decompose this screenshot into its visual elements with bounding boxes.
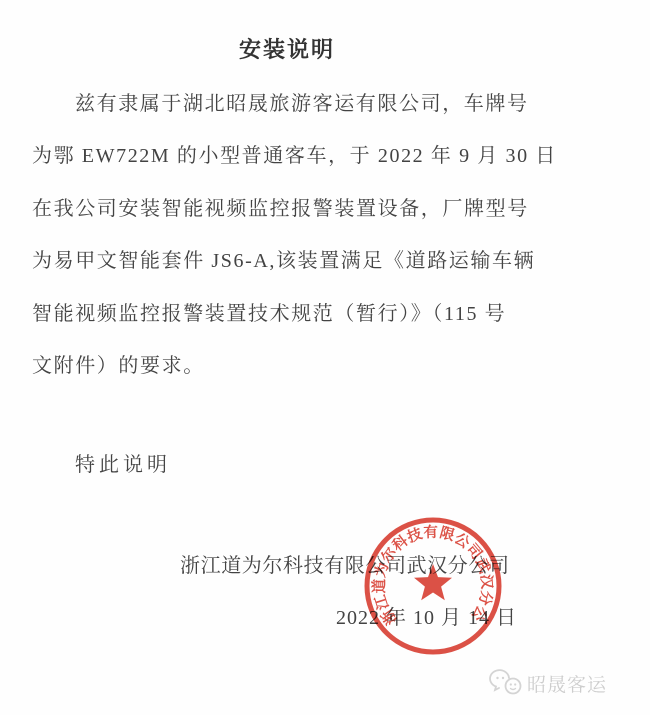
brand-watermark: 昭晟客运 [488, 668, 607, 698]
body-line-4: 为易甲文智能套件 JS6-A,该装置满足《道路运输车辆 [32, 235, 592, 287]
company-seal-stamp: 浙江道为尔科技有限公司武汉分公司 [362, 515, 504, 657]
body-line-1: 兹有隶属于湖北昭晟旅游客运有限公司，车牌号 [32, 78, 592, 130]
body-line-2: 为鄂 EW722M 的小型普通客车，于 2022 年 9 月 30 日 [32, 130, 592, 182]
closing-statement: 特此说明 [75, 448, 171, 477]
document-page: 安装说明 兹有隶属于湖北昭晟旅游客运有限公司，车牌号 为鄂 EW722M 的小型… [0, 0, 650, 715]
red-star-icon [414, 564, 452, 600]
body-line-6: 文附件）的要求。 [32, 340, 592, 392]
body-line-5: 智能视频监控报警装置技术规范（暂行）》（115 号 [32, 288, 592, 340]
document-body: 兹有隶属于湖北昭晟旅游客运有限公司，车牌号 为鄂 EW722M 的小型普通客车，… [32, 78, 592, 392]
body-line-3: 在我公司安装智能视频监控报警装置设备，厂牌型号 [32, 183, 592, 235]
seal-arc-text: 浙江道为尔科技有限公司武汉分公司 [362, 515, 496, 628]
document-title: 安装说明 [32, 33, 542, 64]
watermark-brand-text: 昭晟客运 [527, 670, 607, 697]
chat-bubbles-logo-icon [488, 668, 524, 698]
svg-text:浙江道为尔科技有限公司武汉分公司: 浙江道为尔科技有限公司武汉分公司 [362, 515, 496, 628]
